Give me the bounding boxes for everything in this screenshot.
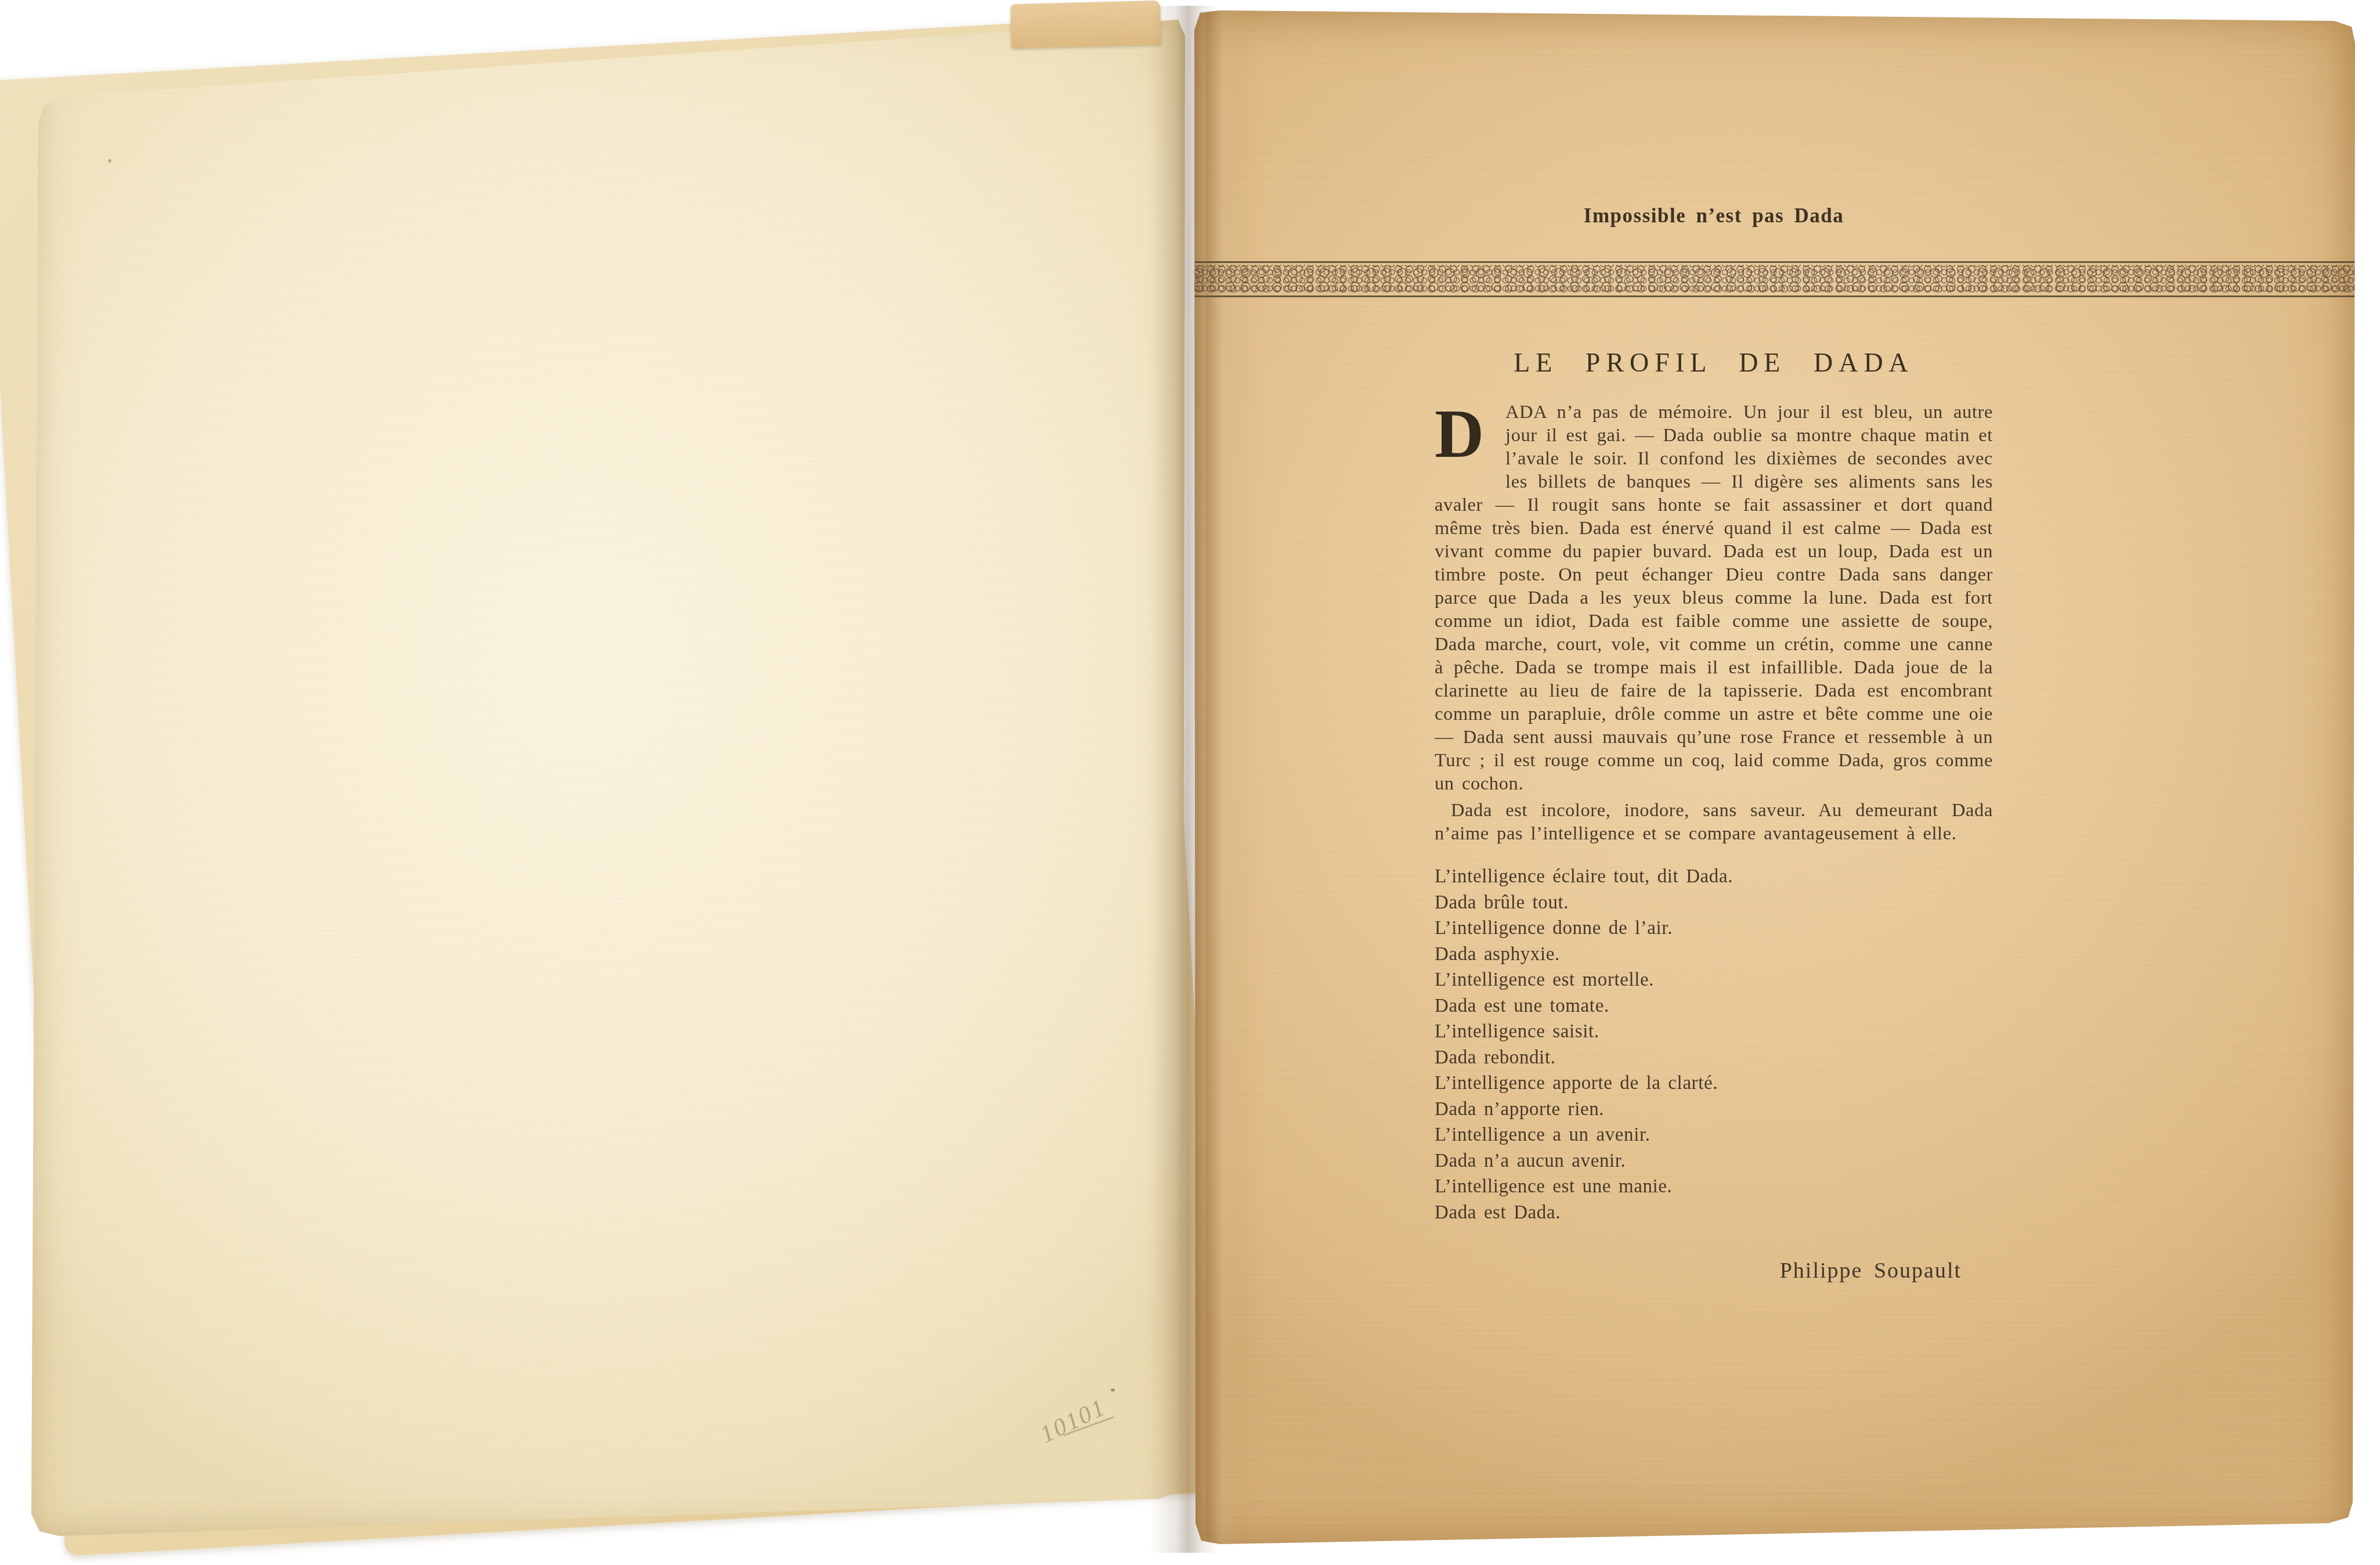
poem-line: Dada est une tomate. [1435, 993, 1993, 1019]
left-page-shading [28, 10, 1187, 1543]
paragraph-1-text: ADA n’a pas de mémoire. Un jour il est b… [1435, 402, 1993, 794]
poem-line: L’intelligence est une manie. [1435, 1174, 1993, 1200]
poem-line: L’intelligence saisit. [1435, 1019, 1993, 1045]
left-blank-page: 10101 [28, 10, 1187, 1543]
poem-line: Dada n’a aucun avenir. [1435, 1148, 1993, 1174]
poem-line: Dada est Dada. [1435, 1200, 1993, 1226]
drop-cap: D [1435, 404, 1498, 474]
poem-line: Dada n’apporte rien. [1435, 1097, 1993, 1123]
right-text-page: Impossible n’est pas Dada LE PROFIL DE D… [1191, 6, 2359, 1556]
poem-line: Dada asphyxie. [1435, 942, 1993, 968]
text-column: LE PROFIL DE DADA DADA n’a pas de mémoir… [1435, 347, 1993, 1283]
article-paragraph-2: Dada est incolore, inodore, sans saveur.… [1435, 799, 1993, 845]
ornament-border [1191, 261, 2359, 297]
poem-line: L’intelligence apporte de la clarté. [1435, 1070, 1993, 1097]
poem-line: L’intelligence a un avenir. [1435, 1122, 1993, 1148]
poem-line: Dada brûle tout. [1435, 890, 1993, 916]
leaf-corner-chip [1010, 1, 1161, 49]
author-signature: Philippe Soupault [1435, 1258, 1993, 1283]
poem-line: Dada rebondit. [1435, 1045, 1993, 1071]
poem-line: L’intelligence est mortelle. [1435, 967, 1993, 993]
paper-speck [1111, 1389, 1115, 1391]
gutter-crease [1206, 6, 1241, 1556]
poem-block: L’intelligence éclaire tout, dit Dada.Da… [1435, 864, 1993, 1225]
poem-line: L’intelligence éclaire tout, dit Dada. [1435, 864, 1993, 890]
article-paragraph-1: DADA n’a pas de mémoire. Un jour il est … [1435, 401, 1993, 795]
ornament-ring-pattern [1191, 265, 2359, 294]
running-head: Impossible n’est pas Dada [1435, 204, 1993, 228]
paper-speck [108, 159, 111, 163]
book-spread-scan: 10101 Impossible n’est pas Dada LE PROFI… [0, 0, 2380, 1565]
poem-line: L’intelligence donne de l’air. [1435, 915, 1993, 942]
article-title: LE PROFIL DE DADA [1435, 347, 1993, 378]
